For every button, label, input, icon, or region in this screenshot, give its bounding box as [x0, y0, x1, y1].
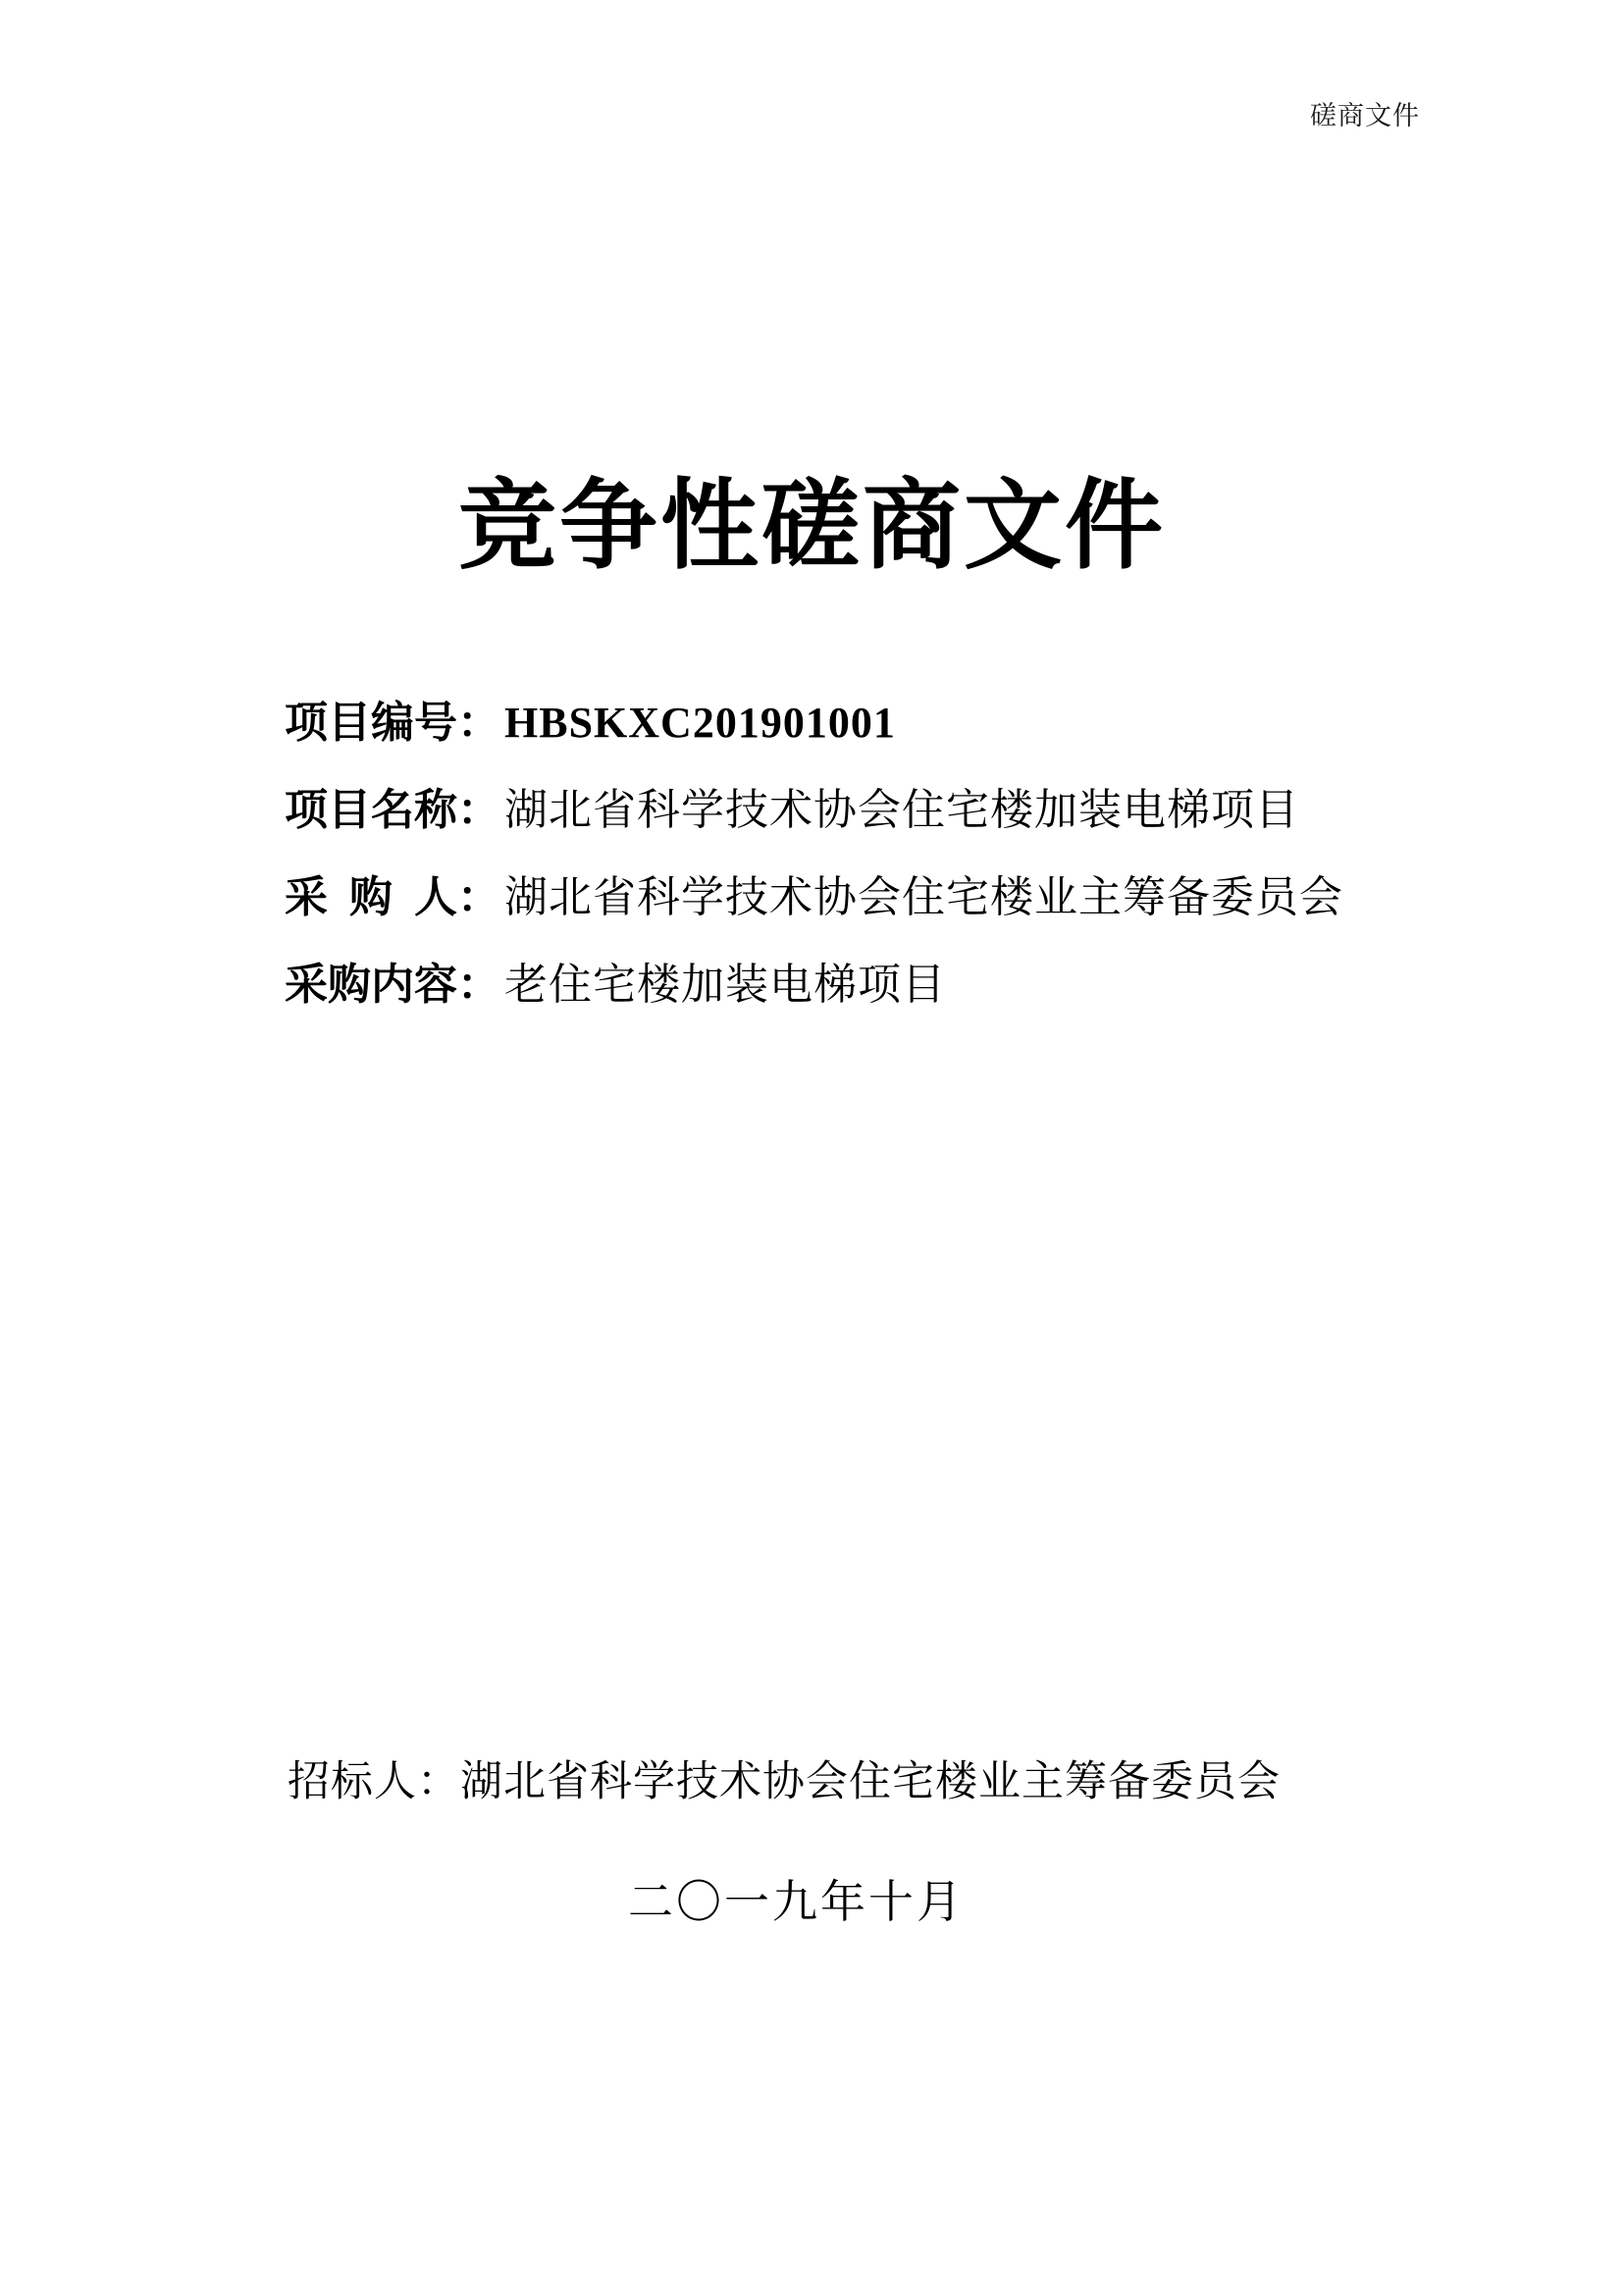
field-block: 项目编号： HBSKXC201901001 项目名称： 湖北省科学技术协会住宅楼…	[285, 687, 1343, 1036]
tenderer-value: 湖北省科学技术协会住宅楼业主筹备委员会	[460, 1759, 1281, 1805]
project-name-label: 项目名称：	[285, 774, 500, 837]
purchaser-label: 采 购 人：	[285, 861, 500, 924]
project-number-label: 项目编号：	[285, 687, 500, 750]
project-name-value: 湖北省科学技术协会住宅楼加装电梯项目	[504, 774, 1299, 837]
field-row-project-name: 项目名称： 湖北省科学技术协会住宅楼加装电梯项目	[285, 774, 1343, 861]
date-line: 二〇一九年十月	[0, 1866, 1624, 1931]
procurement-content-value: 老住宅楼加装电梯项目	[504, 949, 946, 1012]
field-row-purchaser: 采 购 人： 湖北省科学技术协会住宅楼业主筹备委员会	[285, 861, 1343, 949]
tenderer-line: 招标人：湖北省科学技术协会住宅楼业主筹备委员会	[288, 1748, 1281, 1808]
project-number-value: HBSKXC201901001	[504, 698, 896, 748]
field-row-procurement-content: 采购内容： 老住宅楼加装电梯项目	[285, 949, 1343, 1036]
document-page: 磋商文件 竞争性磋商文件 项目编号： HBSKXC201901001 项目名称：…	[0, 0, 1624, 2295]
tenderer-label: 招标人：	[288, 1759, 460, 1805]
purchaser-value: 湖北省科学技术协会住宅楼业主筹备委员会	[504, 861, 1343, 924]
field-row-project-number: 项目编号： HBSKXC201901001	[285, 687, 1343, 774]
document-title: 竞争性磋商文件	[0, 446, 1624, 588]
corner-tag: 磋商文件	[1310, 94, 1420, 132]
procurement-content-label: 采购内容：	[285, 949, 500, 1012]
